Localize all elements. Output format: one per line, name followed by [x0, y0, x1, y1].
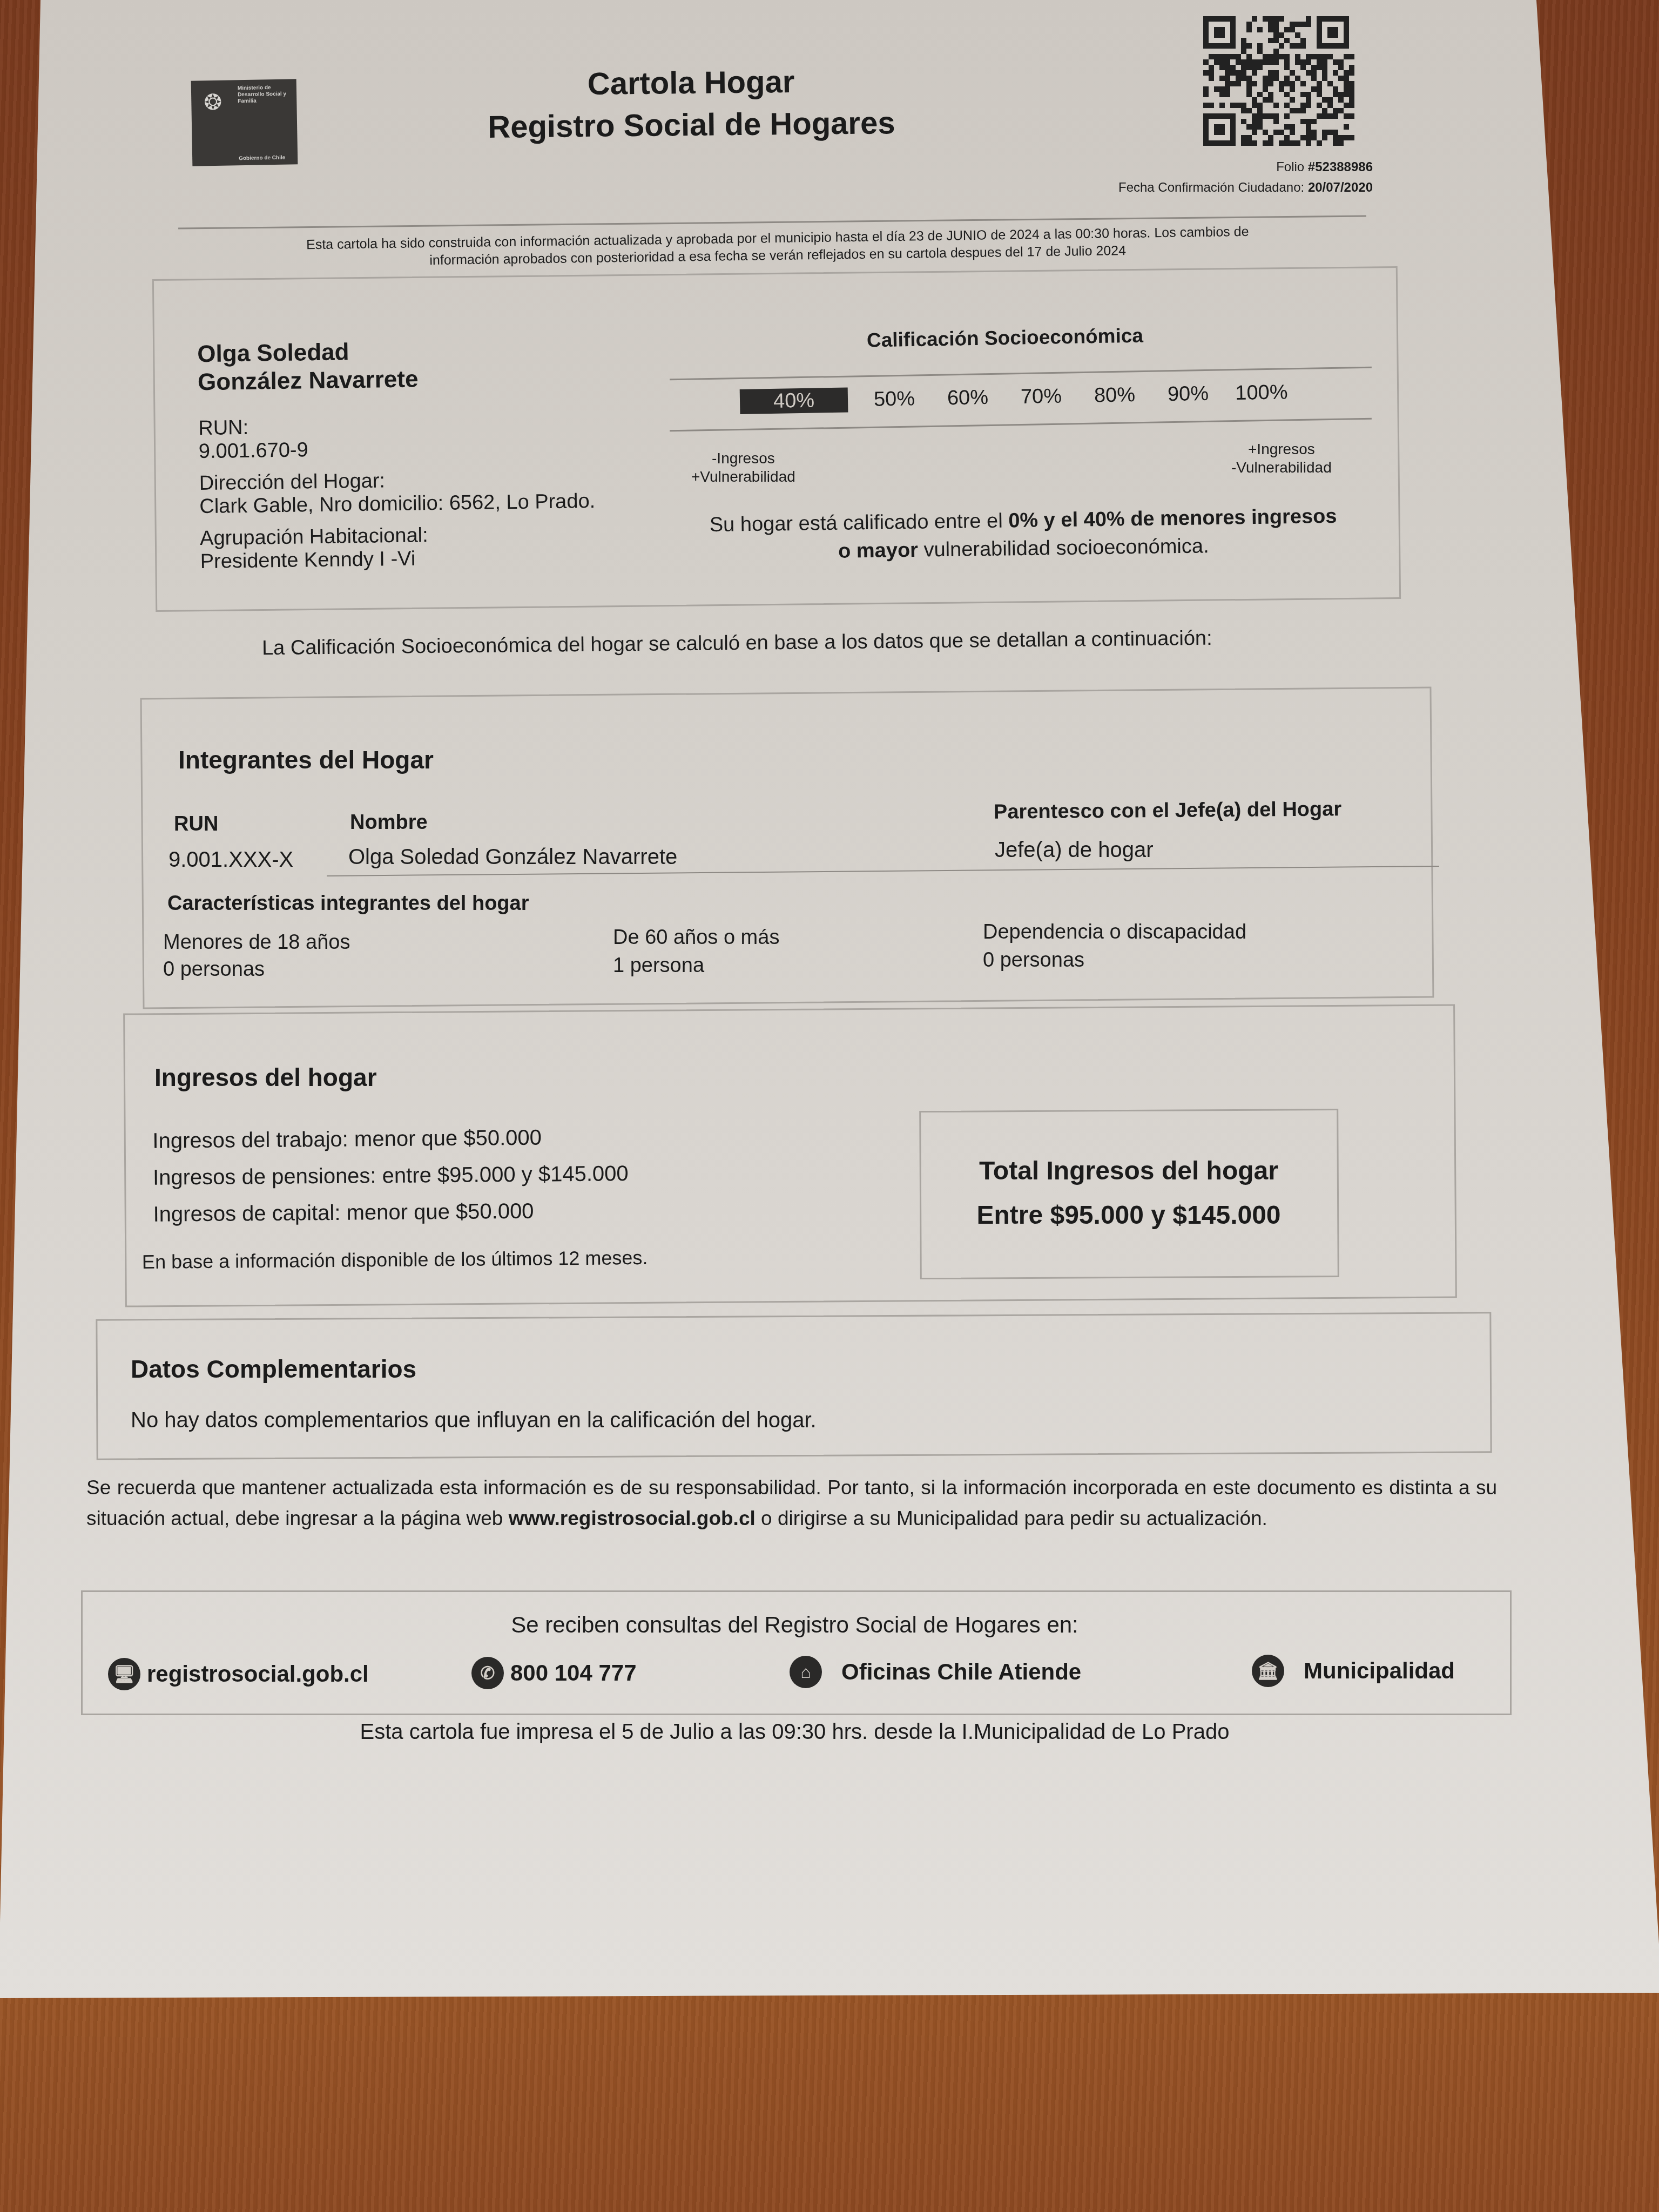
person-last-names: González Navarrete [198, 363, 594, 396]
caracteristica-mayores: De 60 años o más 1 persona [613, 923, 779, 980]
title-line-1: Cartola Hogar [421, 59, 961, 107]
summary-text-2: vulnerabilidad socioeconómica. [918, 535, 1209, 562]
ingresos-trabajo: Ingresos del trabajo: menor que $50.000 [152, 1118, 628, 1159]
print-footer: Esta cartola fue impresa el 5 de Julio a… [81, 1720, 1508, 1744]
reminder-paragraph: Se recuerda que mantener actualizada est… [86, 1472, 1497, 1534]
consultas-title: Se reciben consultas del Registro Social… [81, 1612, 1508, 1638]
caracteristicas-title: Características integrantes del hogar [167, 892, 529, 915]
computer-icon: 🖥 [108, 1658, 140, 1690]
fecha-confirmacion: Fecha Confirmación Ciudadano: 20/07/2020 [1118, 180, 1373, 195]
complementarios-box [96, 1312, 1492, 1460]
column-parentesco: Parentesco con el Jefe(a) del Hogar [994, 798, 1341, 824]
folio: Folio #52388986 [1276, 160, 1373, 175]
logo-government-text: Gobierno de Chile [239, 154, 294, 162]
contact-municipalidad[interactable]: 🏛 Municipalidad [1252, 1655, 1455, 1687]
ingresos-pensiones: Ingresos de pensiones: entre $95.000 y $… [153, 1155, 629, 1196]
ingresos-capital: Ingresos de capital: menor que $50.000 [153, 1192, 629, 1233]
total-ingresos: Total Ingresos del hogar Entre $95.000 y… [921, 1149, 1337, 1238]
contact-chile-atiende[interactable]: ⌂ Oficinas Chile Atiende [790, 1656, 1081, 1688]
dependencia-label: Dependencia o discapacidad [983, 918, 1246, 946]
folio-label: Folio [1276, 160, 1304, 174]
reminder-text-2: o dirigirse a su Municipalidad para pedi… [756, 1507, 1267, 1529]
total-ingresos-value: Entre $95.000 y $145.000 [921, 1193, 1337, 1238]
contact-chile-atiende-label: Oficinas Chile Atiende [841, 1659, 1081, 1685]
mayores-label: De 60 años o más [613, 923, 779, 952]
menores-label: Menores de 18 años [163, 929, 350, 956]
calificacion-summary: Su hogar está calificado entre el 0% y e… [672, 502, 1374, 568]
mayores-value: 1 persona [613, 952, 779, 980]
summary-bold-2: o mayor [838, 539, 918, 563]
title-line-2: Registro Social de Hogares [421, 102, 962, 149]
high-income-label: +Ingresos -Vulnerabilidad [1231, 440, 1332, 477]
member-parentesco: Jefe(a) de hogar [995, 838, 1154, 862]
ministry-logo: ❂ Ministerio de Desarrollo Social y Fami… [191, 79, 298, 166]
calificacion-title: Calificación Socioeconómica [867, 325, 1144, 352]
tramo-100: 100% [1225, 380, 1299, 404]
ingresos-title: Ingresos del hogar [154, 1063, 377, 1092]
summary-bold-1: 0% y el 40% de menores ingresos [1008, 505, 1337, 532]
column-run: RUN [174, 813, 218, 836]
high-vulnerability-text: +Vulnerabilidad [691, 468, 795, 486]
person-info: Olga Soledad González Navarrete RUN: 9.0… [197, 335, 596, 574]
qr-code-icon [1203, 16, 1354, 146]
consultas-box [81, 1590, 1512, 1715]
tramo-70: 70% [1004, 385, 1078, 409]
member-nombre: Olga Soledad González Navarrete [348, 845, 677, 869]
contact-municipalidad-label: Municipalidad [1304, 1658, 1455, 1684]
ingresos-list: Ingresos del trabajo: menor que $50.000 … [152, 1118, 629, 1233]
low-vulnerability-text: -Vulnerabilidad [1231, 458, 1332, 477]
high-income-text: +Ingresos [1231, 440, 1332, 458]
tramo-60: 60% [931, 386, 1005, 410]
tramo-80: 80% [1078, 383, 1152, 407]
ingresos-note: En base a información disponible de los … [142, 1246, 648, 1273]
low-income-text: -Ingresos [691, 449, 795, 468]
low-income-label: -Ingresos +Vulnerabilidad [691, 449, 795, 486]
registro-social-link[interactable]: www.registrosocial.gob.cl [509, 1507, 756, 1529]
dependencia-value: 0 personas [983, 946, 1246, 974]
tramo-50: 50% [858, 387, 932, 411]
building-icon: 🏛 [1252, 1655, 1284, 1687]
contact-phone-label: 800 104 777 [510, 1660, 637, 1686]
calculation-note: La Calificación Socioeconómica del hogar… [262, 627, 1212, 660]
document-page: ❂ Ministerio de Desarrollo Social y Fami… [0, 0, 1659, 1998]
intro-notice: Esta cartola ha sido construida con info… [184, 221, 1372, 273]
total-ingresos-label: Total Ingresos del hogar [921, 1149, 1337, 1193]
complementarios-title: Datos Complementarios [131, 1354, 416, 1384]
folio-value: #52388986 [1308, 160, 1373, 174]
integrantes-title: Integrantes del Hogar [178, 745, 434, 774]
summary-text-1: Su hogar está calificado entre el [710, 509, 1009, 536]
document-title: Cartola Hogar Registro Social de Hogares [421, 59, 962, 149]
house-icon: ⌂ [790, 1656, 822, 1688]
contact-web-label: registrosocial.gob.cl [147, 1661, 369, 1687]
menores-value: 0 personas [163, 956, 350, 983]
tramo-40: 40% [740, 388, 848, 414]
contact-web[interactable]: 🖥 registrosocial.gob.cl [108, 1658, 369, 1690]
member-run: 9.001.XXX-X [168, 848, 293, 872]
fecha-label: Fecha Confirmación Ciudadano: [1118, 180, 1304, 195]
caracteristica-menores: Menores de 18 años 0 personas [163, 929, 350, 983]
column-nombre: Nombre [350, 811, 428, 834]
chile-coat-of-arms-icon: ❂ [191, 80, 236, 166]
run-value: 9.001.670-9 [199, 435, 595, 463]
fecha-value: 20/07/2020 [1308, 180, 1373, 195]
address-value: Clark Gable, Nro domicilio: 6562, Lo Pra… [199, 490, 595, 518]
caracteristica-dependencia: Dependencia o discapacidad 0 personas [983, 918, 1246, 974]
logo-ministry-text: Ministerio de Desarrollo Social y Famili… [238, 84, 294, 105]
tramo-90: 90% [1151, 382, 1225, 406]
contact-phone[interactable]: ✆ 800 104 777 [471, 1657, 637, 1689]
phone-icon: ✆ [471, 1657, 504, 1689]
complementarios-text: No hay datos complementarios que influya… [131, 1408, 817, 1433]
